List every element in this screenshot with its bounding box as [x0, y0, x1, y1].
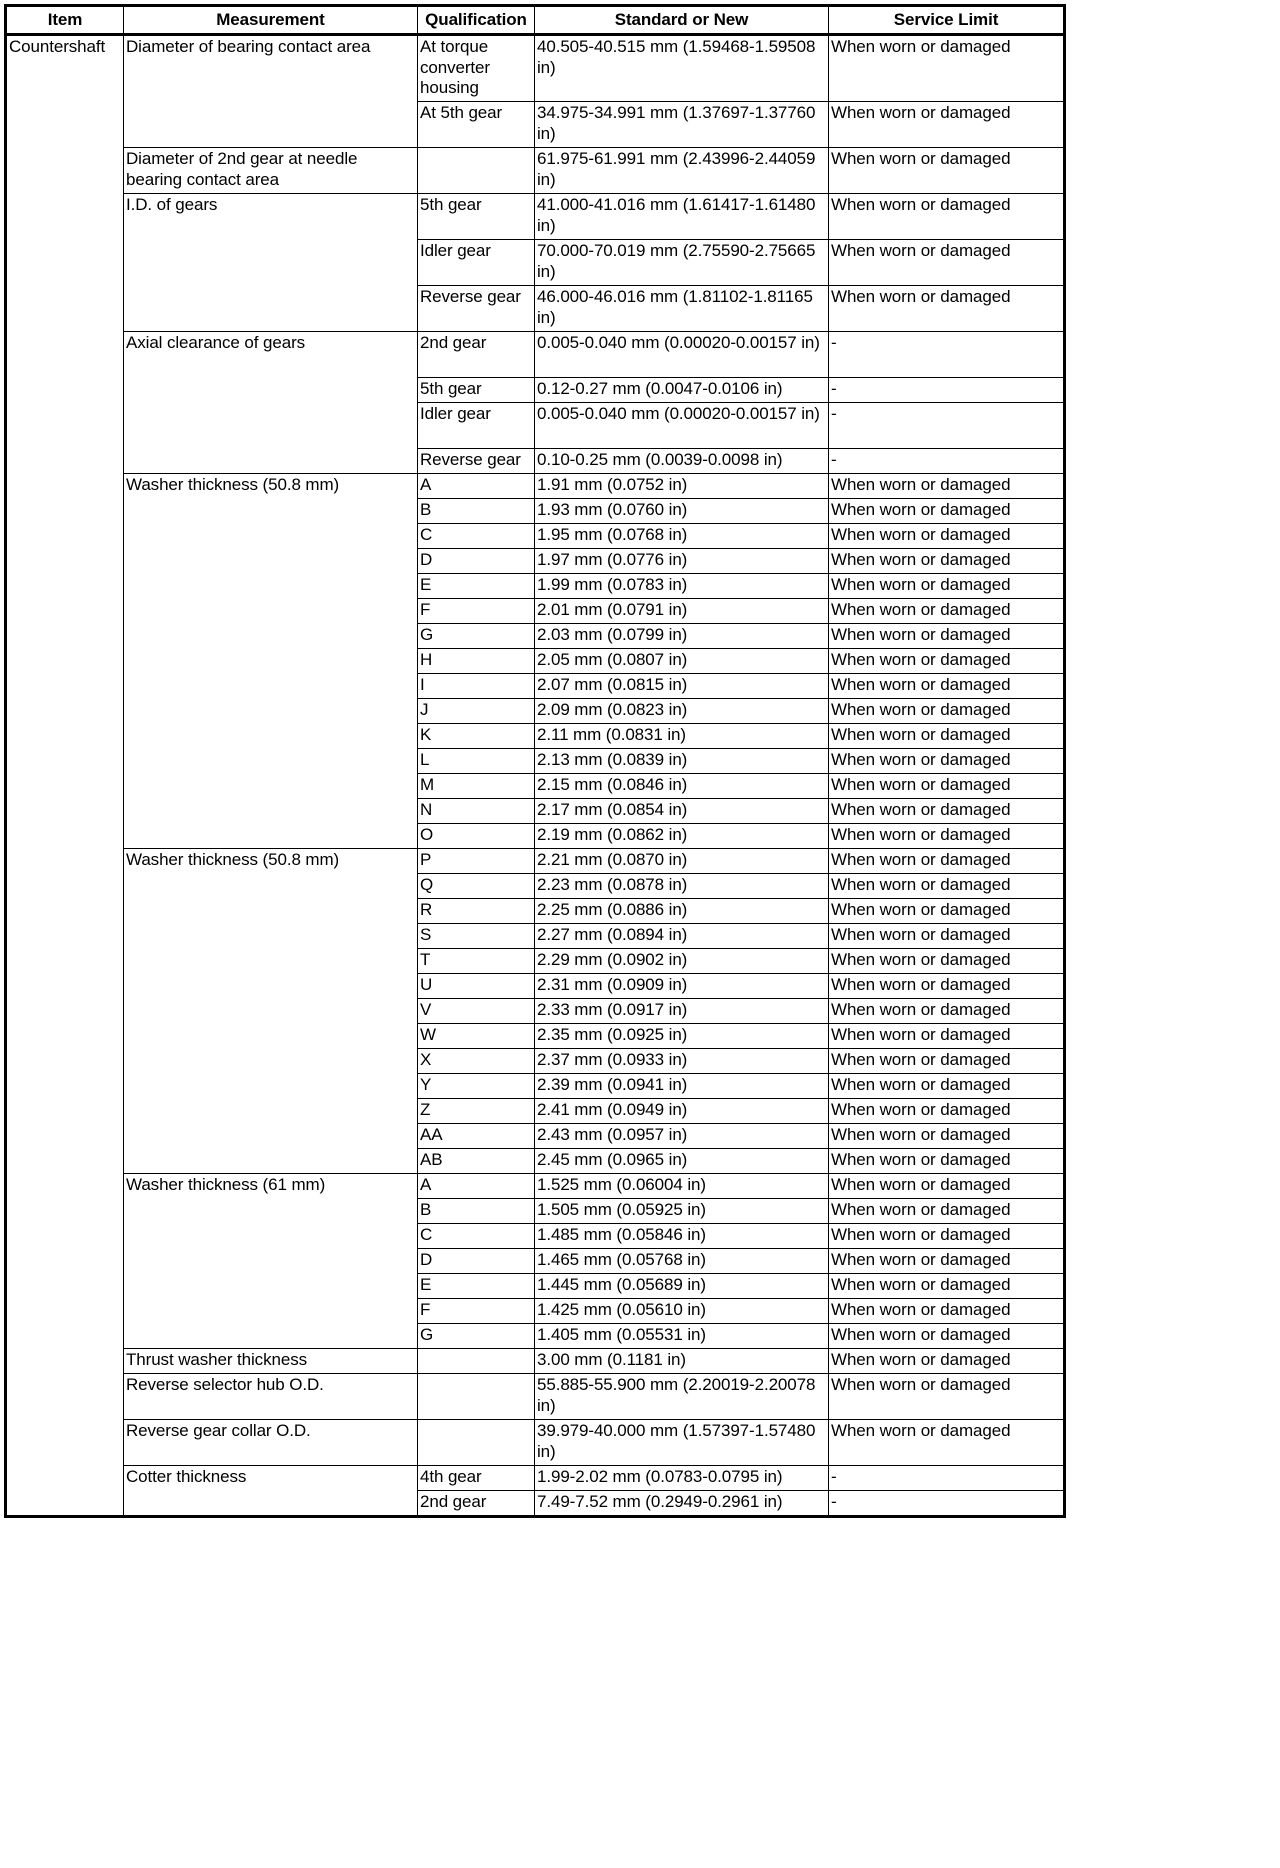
qualification-cell: AA: [418, 1124, 535, 1149]
service-limit-cell: When worn or damaged: [829, 1349, 1065, 1374]
measurement-cell: Cotter thickness: [124, 1466, 418, 1517]
qualification-cell: Z: [418, 1099, 535, 1124]
standard-cell: 61.975-61.991 mm (2.43996-2.44059 in): [535, 148, 829, 194]
service-limit-cell: When worn or damaged: [829, 674, 1065, 699]
qualification-cell: Reverse gear: [418, 286, 535, 332]
service-limit-cell: -: [829, 403, 1065, 449]
table-row: Washer thickness (50.8 mm)P2.21 mm (0.08…: [6, 849, 1065, 874]
service-limit-cell: When worn or damaged: [829, 524, 1065, 549]
standard-cell: 2.03 mm (0.0799 in): [535, 624, 829, 649]
standard-cell: 2.19 mm (0.0862 in): [535, 824, 829, 849]
standard-cell: 2.39 mm (0.0941 in): [535, 1074, 829, 1099]
standard-cell: 2.29 mm (0.0902 in): [535, 949, 829, 974]
header-qualification: Qualification: [418, 6, 535, 35]
service-limit-cell: -: [829, 449, 1065, 474]
qualification-cell: 2nd gear: [418, 332, 535, 378]
qualification-cell: G: [418, 624, 535, 649]
standard-cell: 1.525 mm (0.06004 in): [535, 1174, 829, 1199]
table-row: Washer thickness (61 mm)A1.525 mm (0.060…: [6, 1174, 1065, 1199]
service-limit-cell: When worn or damaged: [829, 499, 1065, 524]
qualification-cell: D: [418, 1249, 535, 1274]
table-row: I.D. of gears5th gear41.000-41.016 mm (1…: [6, 194, 1065, 240]
standard-cell: 2.23 mm (0.0878 in): [535, 874, 829, 899]
qualification-cell: 5th gear: [418, 378, 535, 403]
standard-cell: 46.000-46.016 mm (1.81102-1.81165 in): [535, 286, 829, 332]
service-limit-cell: When worn or damaged: [829, 1074, 1065, 1099]
service-limit-cell: When worn or damaged: [829, 824, 1065, 849]
table-row: Diameter of 2nd gear at needle bearing c…: [6, 148, 1065, 194]
service-limit-cell: When worn or damaged: [829, 549, 1065, 574]
qualification-cell: H: [418, 649, 535, 674]
measurement-cell: Diameter of bearing contact area: [124, 35, 418, 148]
qualification-cell: R: [418, 899, 535, 924]
qualification-cell: Y: [418, 1074, 535, 1099]
service-limit-cell: When worn or damaged: [829, 949, 1065, 974]
standard-cell: 2.21 mm (0.0870 in): [535, 849, 829, 874]
qualification-cell: L: [418, 749, 535, 774]
qualification-cell: E: [418, 574, 535, 599]
table-body: CountershaftDiameter of bearing contact …: [6, 35, 1065, 1517]
measurement-cell: I.D. of gears: [124, 194, 418, 332]
standard-cell: 1.485 mm (0.05846 in): [535, 1224, 829, 1249]
standard-cell: 34.975-34.991 mm (1.37697-1.37760 in): [535, 102, 829, 148]
standard-cell: 0.10-0.25 mm (0.0039-0.0098 in): [535, 449, 829, 474]
measurement-cell: Reverse selector hub O.D.: [124, 1374, 418, 1420]
standard-cell: 2.45 mm (0.0965 in): [535, 1149, 829, 1174]
qualification-cell: 2nd gear: [418, 1491, 535, 1517]
standard-cell: 1.425 mm (0.05610 in): [535, 1299, 829, 1324]
standard-cell: 2.13 mm (0.0839 in): [535, 749, 829, 774]
qualification-cell: Reverse gear: [418, 449, 535, 474]
standard-cell: 2.09 mm (0.0823 in): [535, 699, 829, 724]
standard-cell: 70.000-70.019 mm (2.75590-2.75665 in): [535, 240, 829, 286]
table-row: Thrust washer thickness3.00 mm (0.1181 i…: [6, 1349, 1065, 1374]
qualification-cell: J: [418, 699, 535, 724]
standard-cell: 1.91 mm (0.0752 in): [535, 474, 829, 499]
service-limit-cell: When worn or damaged: [829, 574, 1065, 599]
measurement-cell: Thrust washer thickness: [124, 1349, 418, 1374]
service-limit-cell: When worn or damaged: [829, 240, 1065, 286]
service-limit-cell: When worn or damaged: [829, 874, 1065, 899]
service-limit-cell: When worn or damaged: [829, 1224, 1065, 1249]
qualification-cell: D: [418, 549, 535, 574]
standard-cell: 2.07 mm (0.0815 in): [535, 674, 829, 699]
service-limit-cell: When worn or damaged: [829, 699, 1065, 724]
service-limit-cell: When worn or damaged: [829, 724, 1065, 749]
service-limit-cell: When worn or damaged: [829, 849, 1065, 874]
qualification-cell: At 5th gear: [418, 102, 535, 148]
qualification-cell: 4th gear: [418, 1466, 535, 1491]
service-limit-cell: When worn or damaged: [829, 1124, 1065, 1149]
service-limit-cell: When worn or damaged: [829, 1099, 1065, 1124]
qualification-cell: Idler gear: [418, 403, 535, 449]
standard-cell: 41.000-41.016 mm (1.61417-1.61480 in): [535, 194, 829, 240]
standard-cell: 2.05 mm (0.0807 in): [535, 649, 829, 674]
measurement-cell: Washer thickness (50.8 mm): [124, 474, 418, 849]
standard-cell: 2.17 mm (0.0854 in): [535, 799, 829, 824]
table-row: CountershaftDiameter of bearing contact …: [6, 35, 1065, 102]
header-service-limit: Service Limit: [829, 6, 1065, 35]
qualification-cell: G: [418, 1324, 535, 1349]
qualification-cell: S: [418, 924, 535, 949]
measurement-cell: Washer thickness (61 mm): [124, 1174, 418, 1349]
standard-cell: 1.99 mm (0.0783 in): [535, 574, 829, 599]
qualification-cell: M: [418, 774, 535, 799]
header-item: Item: [6, 6, 124, 35]
qualification-cell: F: [418, 1299, 535, 1324]
standard-cell: 1.99-2.02 mm (0.0783-0.0795 in): [535, 1466, 829, 1491]
table-row: Axial clearance of gears2nd gear0.005-0.…: [6, 332, 1065, 378]
standard-cell: 3.00 mm (0.1181 in): [535, 1349, 829, 1374]
spec-sheet: Item Measurement Qualification Standard …: [4, 4, 1063, 1518]
item-cell: Countershaft: [6, 35, 124, 1517]
service-limit-cell: When worn or damaged: [829, 1324, 1065, 1349]
standard-cell: 1.445 mm (0.05689 in): [535, 1274, 829, 1299]
service-limit-cell: When worn or damaged: [829, 924, 1065, 949]
qualification-cell: A: [418, 474, 535, 499]
qualification-cell: [418, 148, 535, 194]
qualification-cell: F: [418, 599, 535, 624]
qualification-cell: O: [418, 824, 535, 849]
qualification-cell: P: [418, 849, 535, 874]
qualification-cell: Q: [418, 874, 535, 899]
qualification-cell: AB: [418, 1149, 535, 1174]
qualification-cell: [418, 1420, 535, 1466]
standard-cell: 2.33 mm (0.0917 in): [535, 999, 829, 1024]
service-limit-cell: -: [829, 1491, 1065, 1517]
service-limit-cell: When worn or damaged: [829, 1249, 1065, 1274]
qualification-cell: C: [418, 524, 535, 549]
qualification-cell: U: [418, 974, 535, 999]
service-limit-cell: When worn or damaged: [829, 102, 1065, 148]
service-limit-cell: When worn or damaged: [829, 1174, 1065, 1199]
countershaft-spec-table: Item Measurement Qualification Standard …: [4, 4, 1066, 1518]
qualification-cell: A: [418, 1174, 535, 1199]
standard-cell: 0.005-0.040 mm (0.00020-0.00157 in): [535, 403, 829, 449]
service-limit-cell: -: [829, 378, 1065, 403]
standard-cell: 1.405 mm (0.05531 in): [535, 1324, 829, 1349]
table-row: Cotter thickness4th gear1.99-2.02 mm (0.…: [6, 1466, 1065, 1491]
service-limit-cell: When worn or damaged: [829, 194, 1065, 240]
service-limit-cell: When worn or damaged: [829, 1420, 1065, 1466]
qualification-cell: [418, 1374, 535, 1420]
standard-cell: 55.885-55.900 mm (2.20019-2.20078 in): [535, 1374, 829, 1420]
service-limit-cell: When worn or damaged: [829, 286, 1065, 332]
standard-cell: 1.93 mm (0.0760 in): [535, 499, 829, 524]
standard-cell: 7.49-7.52 mm (0.2949-0.2961 in): [535, 1491, 829, 1517]
qualification-cell: X: [418, 1049, 535, 1074]
qualification-cell: N: [418, 799, 535, 824]
standard-cell: 2.35 mm (0.0925 in): [535, 1024, 829, 1049]
qualification-cell: K: [418, 724, 535, 749]
standard-cell: 1.505 mm (0.05925 in): [535, 1199, 829, 1224]
table-row: Reverse gear collar O.D.39.979-40.000 mm…: [6, 1420, 1065, 1466]
standard-cell: 2.31 mm (0.0909 in): [535, 974, 829, 999]
service-limit-cell: When worn or damaged: [829, 749, 1065, 774]
standard-cell: 1.97 mm (0.0776 in): [535, 549, 829, 574]
qualification-cell: [418, 1349, 535, 1374]
service-limit-cell: When worn or damaged: [829, 649, 1065, 674]
measurement-cell: Washer thickness (50.8 mm): [124, 849, 418, 1174]
service-limit-cell: When worn or damaged: [829, 774, 1065, 799]
standard-cell: 1.465 mm (0.05768 in): [535, 1249, 829, 1274]
service-limit-cell: When worn or damaged: [829, 148, 1065, 194]
qualification-cell: B: [418, 499, 535, 524]
table-row: Washer thickness (50.8 mm)A1.91 mm (0.07…: [6, 474, 1065, 499]
qualification-cell: I: [418, 674, 535, 699]
service-limit-cell: When worn or damaged: [829, 899, 1065, 924]
service-limit-cell: When worn or damaged: [829, 599, 1065, 624]
qualification-cell: W: [418, 1024, 535, 1049]
standard-cell: 2.37 mm (0.0933 in): [535, 1049, 829, 1074]
header-row: Item Measurement Qualification Standard …: [6, 6, 1065, 35]
standard-cell: 2.27 mm (0.0894 in): [535, 924, 829, 949]
service-limit-cell: When worn or damaged: [829, 799, 1065, 824]
service-limit-cell: When worn or damaged: [829, 1049, 1065, 1074]
qualification-cell: 5th gear: [418, 194, 535, 240]
header-standard: Standard or New: [535, 6, 829, 35]
service-limit-cell: -: [829, 1466, 1065, 1491]
standard-cell: 2.43 mm (0.0957 in): [535, 1124, 829, 1149]
standard-cell: 2.15 mm (0.0846 in): [535, 774, 829, 799]
standard-cell: 1.95 mm (0.0768 in): [535, 524, 829, 549]
qualification-cell: C: [418, 1224, 535, 1249]
qualification-cell: T: [418, 949, 535, 974]
qualification-cell: V: [418, 999, 535, 1024]
service-limit-cell: -: [829, 332, 1065, 378]
standard-cell: 2.41 mm (0.0949 in): [535, 1099, 829, 1124]
standard-cell: 0.12-0.27 mm (0.0047-0.0106 in): [535, 378, 829, 403]
service-limit-cell: When worn or damaged: [829, 1024, 1065, 1049]
service-limit-cell: When worn or damaged: [829, 999, 1065, 1024]
table-row: Reverse selector hub O.D.55.885-55.900 m…: [6, 1374, 1065, 1420]
qualification-cell: At torque converter housing: [418, 35, 535, 102]
qualification-cell: E: [418, 1274, 535, 1299]
standard-cell: 40.505-40.515 mm (1.59468-1.59508 in): [535, 35, 829, 102]
service-limit-cell: When worn or damaged: [829, 974, 1065, 999]
service-limit-cell: When worn or damaged: [829, 1199, 1065, 1224]
standard-cell: 0.005-0.040 mm (0.00020-0.00157 in): [535, 332, 829, 378]
qualification-cell: B: [418, 1199, 535, 1224]
service-limit-cell: When worn or damaged: [829, 1274, 1065, 1299]
service-limit-cell: When worn or damaged: [829, 1149, 1065, 1174]
service-limit-cell: When worn or damaged: [829, 624, 1065, 649]
measurement-cell: Reverse gear collar O.D.: [124, 1420, 418, 1466]
measurement-cell: Axial clearance of gears: [124, 332, 418, 474]
service-limit-cell: When worn or damaged: [829, 35, 1065, 102]
standard-cell: 2.25 mm (0.0886 in): [535, 899, 829, 924]
service-limit-cell: When worn or damaged: [829, 1374, 1065, 1420]
measurement-cell: Diameter of 2nd gear at needle bearing c…: [124, 148, 418, 194]
service-limit-cell: When worn or damaged: [829, 474, 1065, 499]
header-measurement: Measurement: [124, 6, 418, 35]
standard-cell: 39.979-40.000 mm (1.57397-1.57480 in): [535, 1420, 829, 1466]
standard-cell: 2.01 mm (0.0791 in): [535, 599, 829, 624]
service-limit-cell: When worn or damaged: [829, 1299, 1065, 1324]
standard-cell: 2.11 mm (0.0831 in): [535, 724, 829, 749]
qualification-cell: Idler gear: [418, 240, 535, 286]
